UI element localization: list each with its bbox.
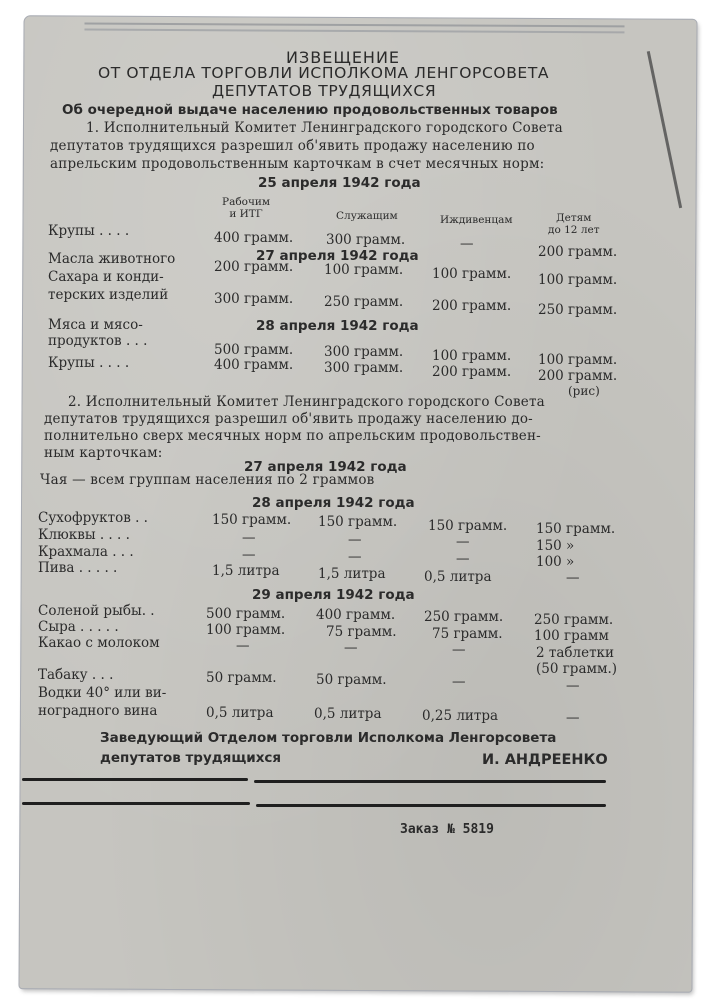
tea-note: Чая — всем группам населения по 2 граммо…: [40, 472, 374, 488]
cell-employees: 250 грамм.: [324, 294, 403, 310]
cell-dependents: 200 грамм.: [432, 364, 511, 380]
cell-workers: —: [242, 547, 256, 563]
row-label: Соленой рыбы. .: [38, 604, 155, 618]
notice-subtitle-line2: ДЕПУТАТОВ ТРУДЯЩИХСЯ: [212, 82, 436, 100]
cell-dependents: —: [456, 534, 470, 550]
cell-workers: 100 грамм.: [206, 622, 285, 638]
cell-children: 200 грамм.: [538, 244, 617, 260]
paper-crease: [647, 51, 682, 208]
divider-rule: [256, 804, 606, 807]
cell-employees: 400 грамм.: [316, 607, 395, 623]
cell-employees: 1,5 литра: [318, 566, 386, 582]
cell-employees: 150 грамм.: [318, 514, 397, 530]
cell-children: 150 грамм.: [536, 521, 615, 537]
cell-dependents: —: [456, 551, 470, 567]
cell-employees: —: [348, 549, 362, 565]
row-label: Пива . . . . .: [38, 561, 117, 575]
cell-dependents: —: [460, 236, 474, 252]
cell-children: 100 грамм.: [538, 272, 617, 288]
cell-children: 250 грамм.: [534, 612, 613, 628]
column-header-dependents: Иждивенцам: [440, 214, 513, 226]
cell-children: 200 грамм.: [538, 368, 617, 384]
cell-children: 100 грамм.: [538, 352, 617, 368]
date-heading: 28 апреля 1942 года: [256, 318, 419, 334]
cell-employees: 300 грамм.: [324, 360, 403, 376]
paper-fold: [84, 23, 624, 34]
cell-workers: 1,5 литра: [212, 563, 280, 579]
notice-subtitle-line1: ОТ ОТДЕЛА ТОРГОВЛИ ИСПОЛКОМА ЛЕНГОРСОВЕТ…: [98, 64, 549, 82]
cell-dependents: —: [452, 642, 466, 658]
cell-employees: 300 грамм.: [326, 232, 405, 248]
cell-children: —: [566, 570, 580, 586]
date-heading: 25 апреля 1942 года: [258, 175, 421, 191]
cell-dependents: 0,25 литра: [422, 708, 498, 724]
cell-workers: 500 грамм.: [206, 606, 285, 622]
column-header-children: Детямдо 12 лет: [548, 212, 600, 236]
section1-intro-line: депутатов трудящихся разрешил об'явить п…: [50, 138, 535, 154]
cell-employees: 75 грамм.: [326, 624, 397, 640]
cell-children: 100 грамм: [534, 628, 609, 644]
cell-employees: 50 грамм.: [316, 672, 387, 688]
cell-children: —: [566, 710, 580, 726]
cell-employees: —: [348, 532, 362, 548]
cell-workers: —: [236, 638, 250, 654]
row-label: Табаку . . .: [38, 668, 113, 682]
cell-dependents: —: [452, 674, 466, 690]
cell-workers: 300 грамм.: [214, 291, 293, 307]
date-heading: 29 апреля 1942 года: [252, 587, 415, 603]
cell-dependents: 75 грамм.: [432, 626, 503, 642]
cell-dependents: 150 грамм.: [428, 518, 507, 534]
cell-workers: 500 грамм.: [214, 342, 293, 358]
cell-children: 100 »: [536, 554, 574, 570]
column-header-workers: Рабочими ИТГ: [222, 196, 270, 220]
cell-workers: 150 грамм.: [212, 512, 291, 528]
cell-dependents: 200 грамм.: [432, 298, 511, 314]
row-label: Крупы . . . .: [48, 224, 129, 238]
row-label: Масла животного: [48, 252, 175, 266]
notice-topic: Об очередной выдаче населению продовольс…: [62, 102, 558, 118]
section2-intro-line: полнительно сверх месячных норм по апрел…: [44, 428, 541, 444]
row-label: Какао с молоком: [38, 636, 160, 650]
order-number: Заказ № 5819: [400, 822, 494, 837]
cell-workers: 400 грамм.: [214, 357, 293, 373]
cell-children: 250 грамм.: [538, 302, 617, 318]
date-heading: 28 апреля 1942 года: [252, 495, 415, 511]
cell-children-note: (рис): [568, 384, 600, 398]
section2-intro-line: депутатов трудящихся разрешил об'явить п…: [44, 411, 533, 427]
row-label: Крахмала . . .: [38, 545, 134, 559]
row-label: Мяса и мясо-продуктов . . .: [48, 318, 147, 348]
cell-employees: —: [344, 640, 358, 656]
row-label: Клюквы . . . .: [38, 528, 130, 542]
cell-employees: 100 грамм.: [324, 262, 403, 278]
signature-line1: Заведующий Отделом торговли Исполкома Ле…: [100, 730, 556, 746]
cell-workers: 400 грамм.: [214, 230, 293, 246]
cell-dependents: 100 грамм.: [432, 348, 511, 364]
cell-workers: 50 грамм.: [206, 670, 277, 686]
signature-line2: депутатов трудящихся: [100, 750, 281, 766]
cell-children: 2 таблетки(50 грамм.): [536, 645, 617, 677]
cell-children: 150 »: [536, 538, 574, 554]
cell-dependents: 250 грамм.: [424, 609, 503, 625]
row-label: Сыра . . . . .: [38, 620, 119, 634]
row-label: Водки 40° или ви-ноградного вина: [38, 686, 166, 718]
cell-employees: 0,5 литра: [314, 706, 382, 722]
row-label: Крупы . . . .: [48, 356, 129, 370]
section1-intro-line: апрельским продовольственным карточкам в…: [50, 156, 544, 172]
signature-name: И. АНДРЕЕНКО: [482, 752, 608, 768]
divider-rule: [254, 780, 606, 783]
row-label: Сахара и конди-терских изделий: [48, 270, 168, 302]
section2-intro-line: ным карточкам:: [44, 445, 163, 461]
column-header-employees: Служащим: [336, 210, 398, 222]
cell-employees: 300 грамм.: [324, 344, 403, 360]
cell-dependents: 100 грамм.: [432, 266, 511, 282]
cell-workers: 200 грамм.: [214, 259, 293, 275]
cell-workers: 0,5 литра: [206, 705, 274, 721]
divider-rule: [22, 802, 250, 805]
cell-dependents: 0,5 литра: [424, 569, 492, 585]
divider-rule: [22, 778, 248, 781]
row-label: Сухофруктов . .: [38, 511, 148, 525]
section2-intro-line: 2. Исполнительный Комитет Ленинградского…: [68, 394, 545, 410]
cell-children: —: [566, 678, 580, 694]
section1-intro-line: 1. Исполнительный Комитет Ленинградского…: [86, 120, 563, 136]
cell-workers: —: [242, 530, 256, 546]
